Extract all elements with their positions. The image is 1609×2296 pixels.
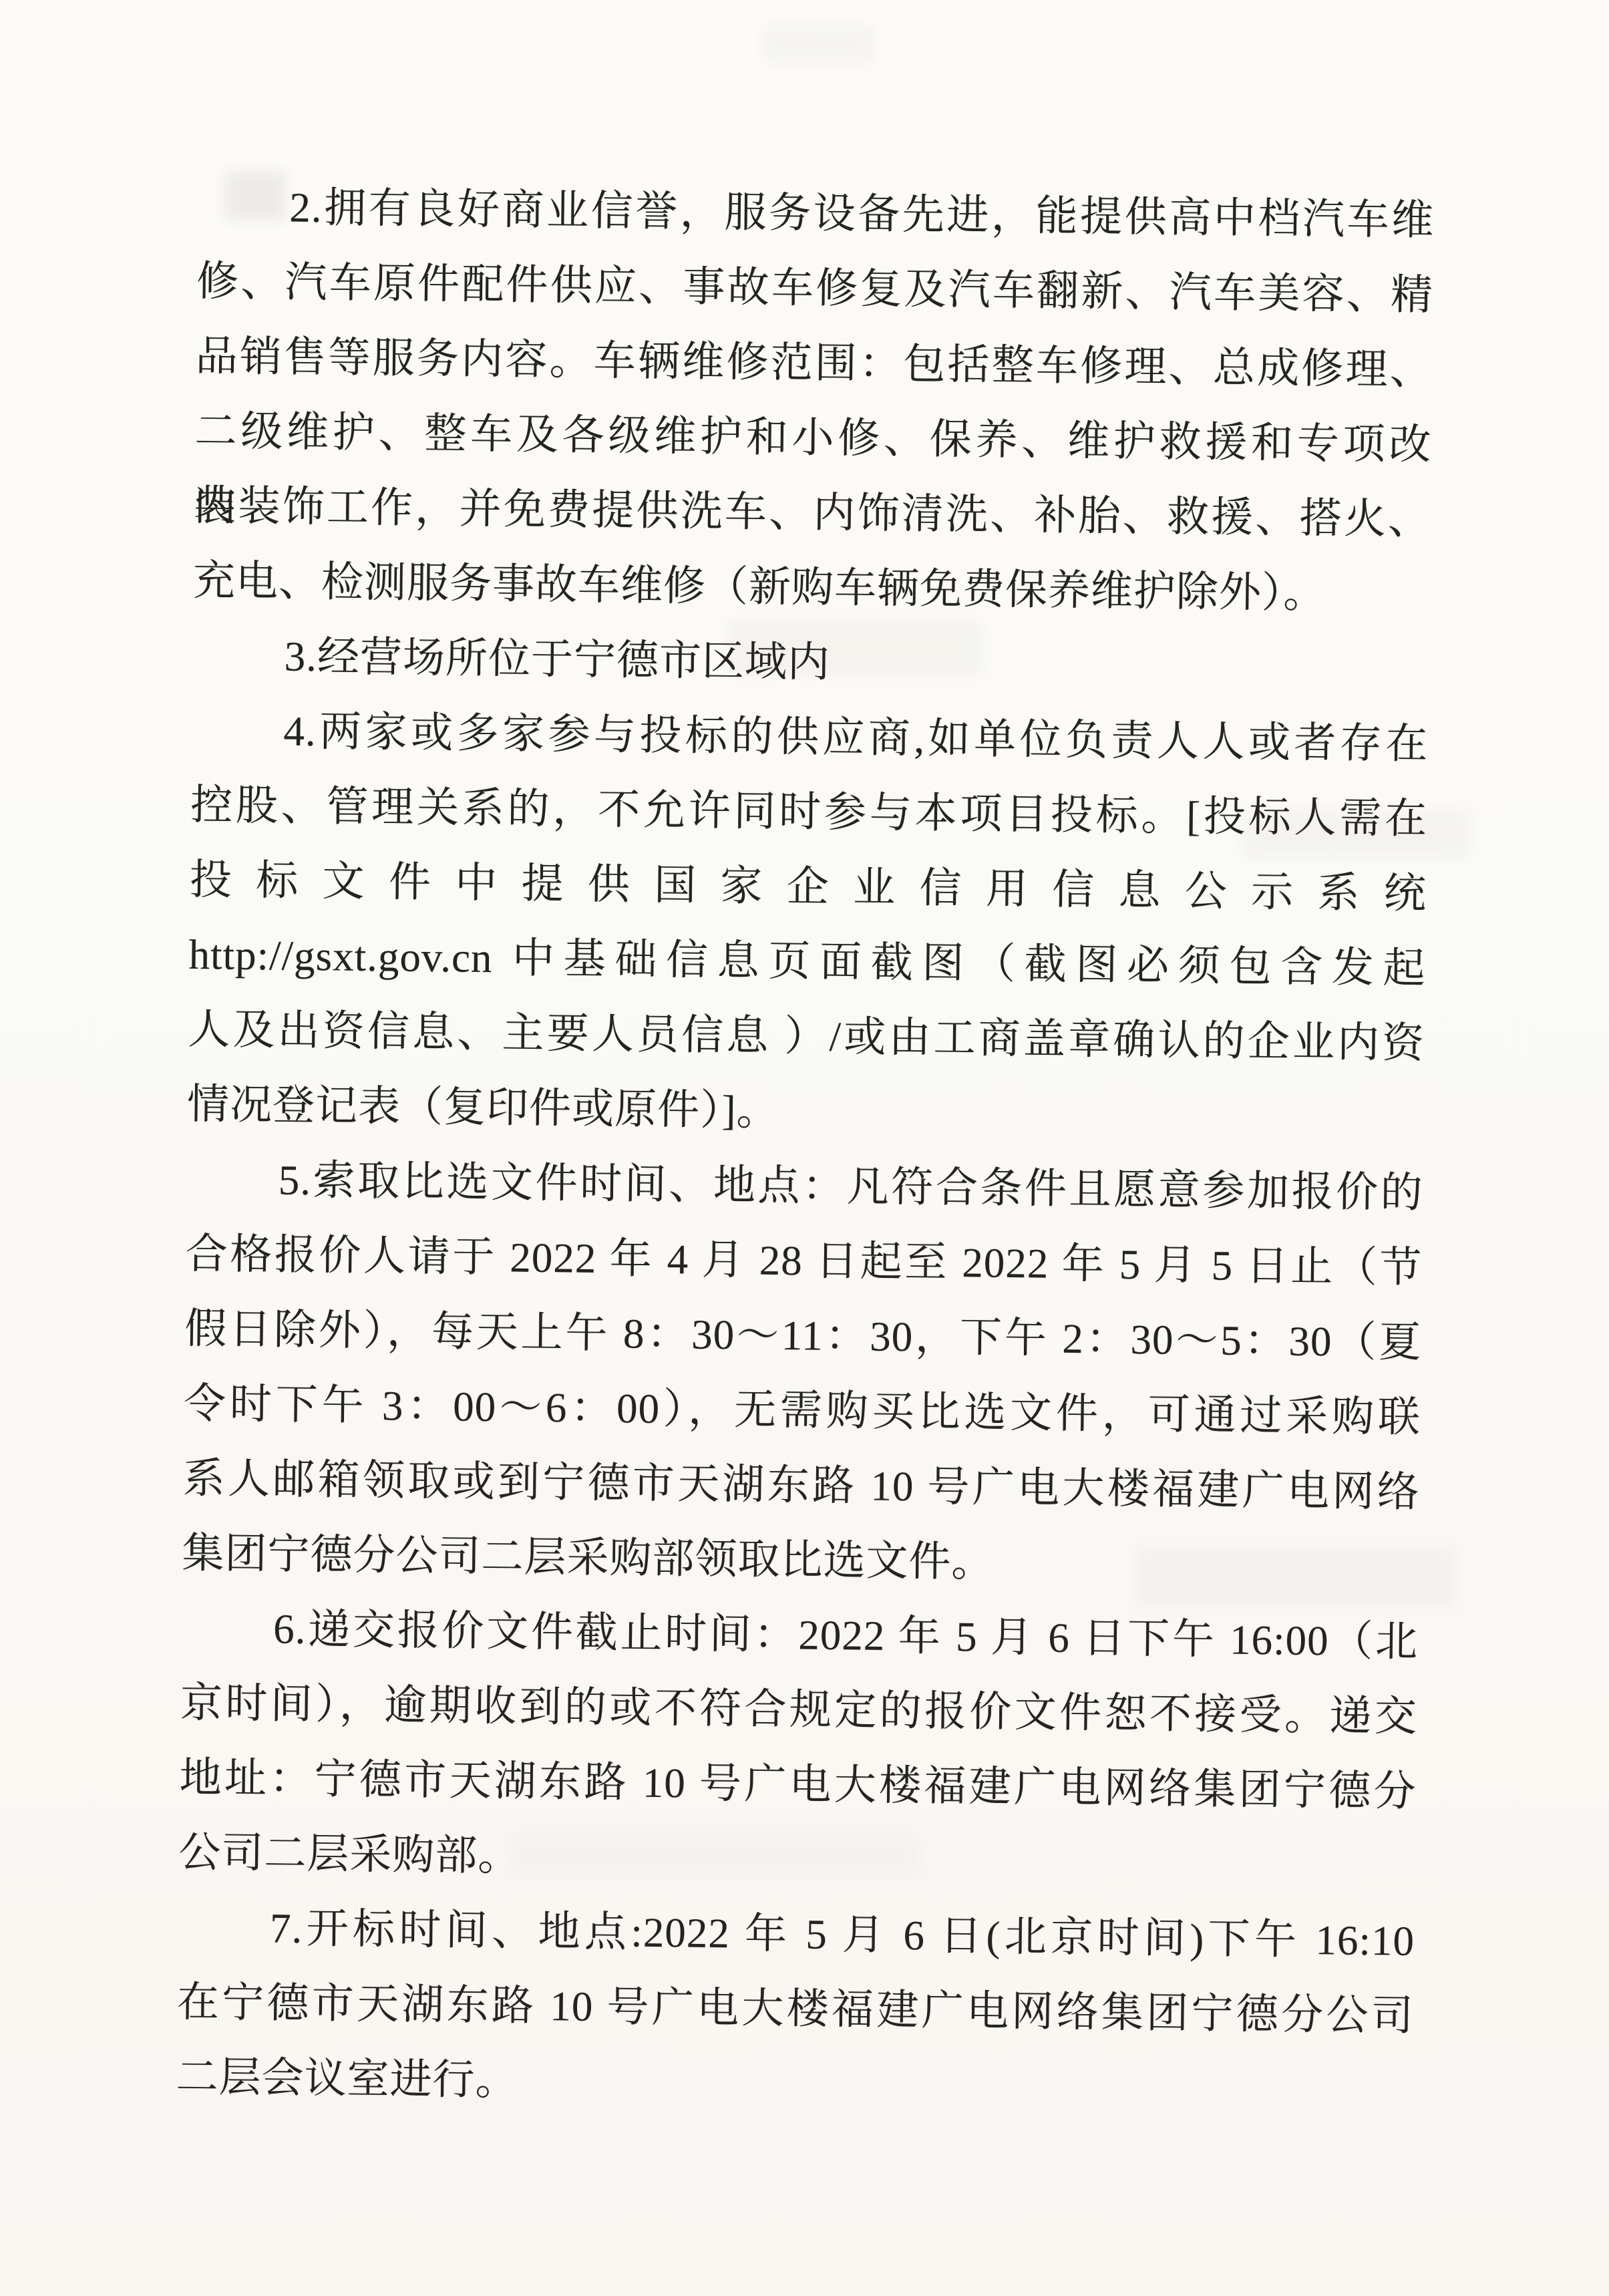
text-line-5: 内装饰工作，并免费提供洗车、内饰清洗、补胎、救援、搭火、 bbox=[194, 468, 1431, 557]
text-line-12: 人及出资信息、主要人员信息 ）/或由工商盖章确认的企业内资 bbox=[188, 992, 1425, 1081]
text-line-4: 二级维护、整车及各级维护和小修、保养、维护救援和专项改装、 bbox=[194, 393, 1432, 482]
text-line-19: 集团宁德分公司二层采购部领取比选文件。 bbox=[182, 1516, 1419, 1605]
text-line-6: 充电、检测服务事故车维修（新购车辆免费保养维护除外）。 bbox=[192, 543, 1430, 632]
text-line-18: 系人邮箱领取或到宁德市天湖东路 10 号广电大楼福建广电网络 bbox=[182, 1441, 1420, 1530]
text-line-15: 合格报价人请于 2022 年 4 月 28 日起至 2022 年 5 月 5 日… bbox=[185, 1216, 1423, 1305]
text-line-8: 4.两家或多家参与投标的供应商,如单位负责人人或者存在 bbox=[191, 693, 1429, 782]
scanned-document-page: 2.拥有良好商业信誉，服务设备先进，能提供高中档汽车维修、汽车原件配件供应、事故… bbox=[0, 0, 1609, 2296]
text-line-14: 5.索取比选文件时间、地点：凡符合条件且愿意参加报价的 bbox=[186, 1142, 1423, 1231]
text-line-17: 令时下午 3：00～6：00），无需购买比选文件，可通过采购联 bbox=[183, 1366, 1421, 1455]
text-line-21: 京时间），逾期收到的或不符合规定的报价文件恕不接受。递交 bbox=[180, 1665, 1417, 1754]
text-line-2: 修、汽车原件配件供应、事故车修复及汽车翻新、汽车美容、精 bbox=[196, 244, 1433, 333]
text-line-16: 假日除外），每天上午 8：30～11：30，下午 2：30～5：30（夏 bbox=[184, 1291, 1422, 1380]
bleed-through-artifact bbox=[761, 24, 875, 64]
text-line-20: 6.递交报价文件截止时间：2022 年 5 月 6 日下午 16:00（北 bbox=[181, 1591, 1419, 1679]
document-text: 2.拥有良好商业信誉，服务设备先进，能提供高中档汽车维修、汽车原件配件供应、事故… bbox=[176, 169, 1435, 2128]
text-line-1: 2.拥有良好商业信誉，服务设备先进，能提供高中档汽车维 bbox=[197, 169, 1435, 258]
text-line-7: 3.经营场所位于宁德市区域内 bbox=[192, 618, 1429, 707]
text-line-24: 7.开标时间、地点:2022 年 5 月 6 日(北京时间)下午 16:10 bbox=[178, 1890, 1415, 1979]
text-line-10: 投标文件中提供国家企业信用信息公示系统 bbox=[189, 842, 1427, 931]
text-line-11: http://gsxt.gov.cn 中基础信息页面截图（截图必须包含发起 bbox=[188, 917, 1426, 1006]
text-line-3: 品销售等服务内容。车辆维修范围：包括整车修理、总成修理、 bbox=[195, 319, 1433, 407]
text-line-25: 在宁德市天湖东路 10 号广电大楼福建广电网络集团宁德分公司 bbox=[176, 1965, 1414, 2054]
text-line-13: 情况登记表（复印件或原件）]。 bbox=[186, 1067, 1424, 1156]
text-line-9: 控股、管理关系的，不允许同时参与本项目投标。[投标人需在 bbox=[190, 768, 1428, 856]
text-line-26: 二层会议室进行。 bbox=[176, 2039, 1413, 2128]
text-line-22: 地址：宁德市天湖东路 10 号广电大楼福建广电网络集团宁德分 bbox=[179, 1740, 1417, 1829]
text-line-23: 公司二层采购部。 bbox=[178, 1815, 1416, 1904]
